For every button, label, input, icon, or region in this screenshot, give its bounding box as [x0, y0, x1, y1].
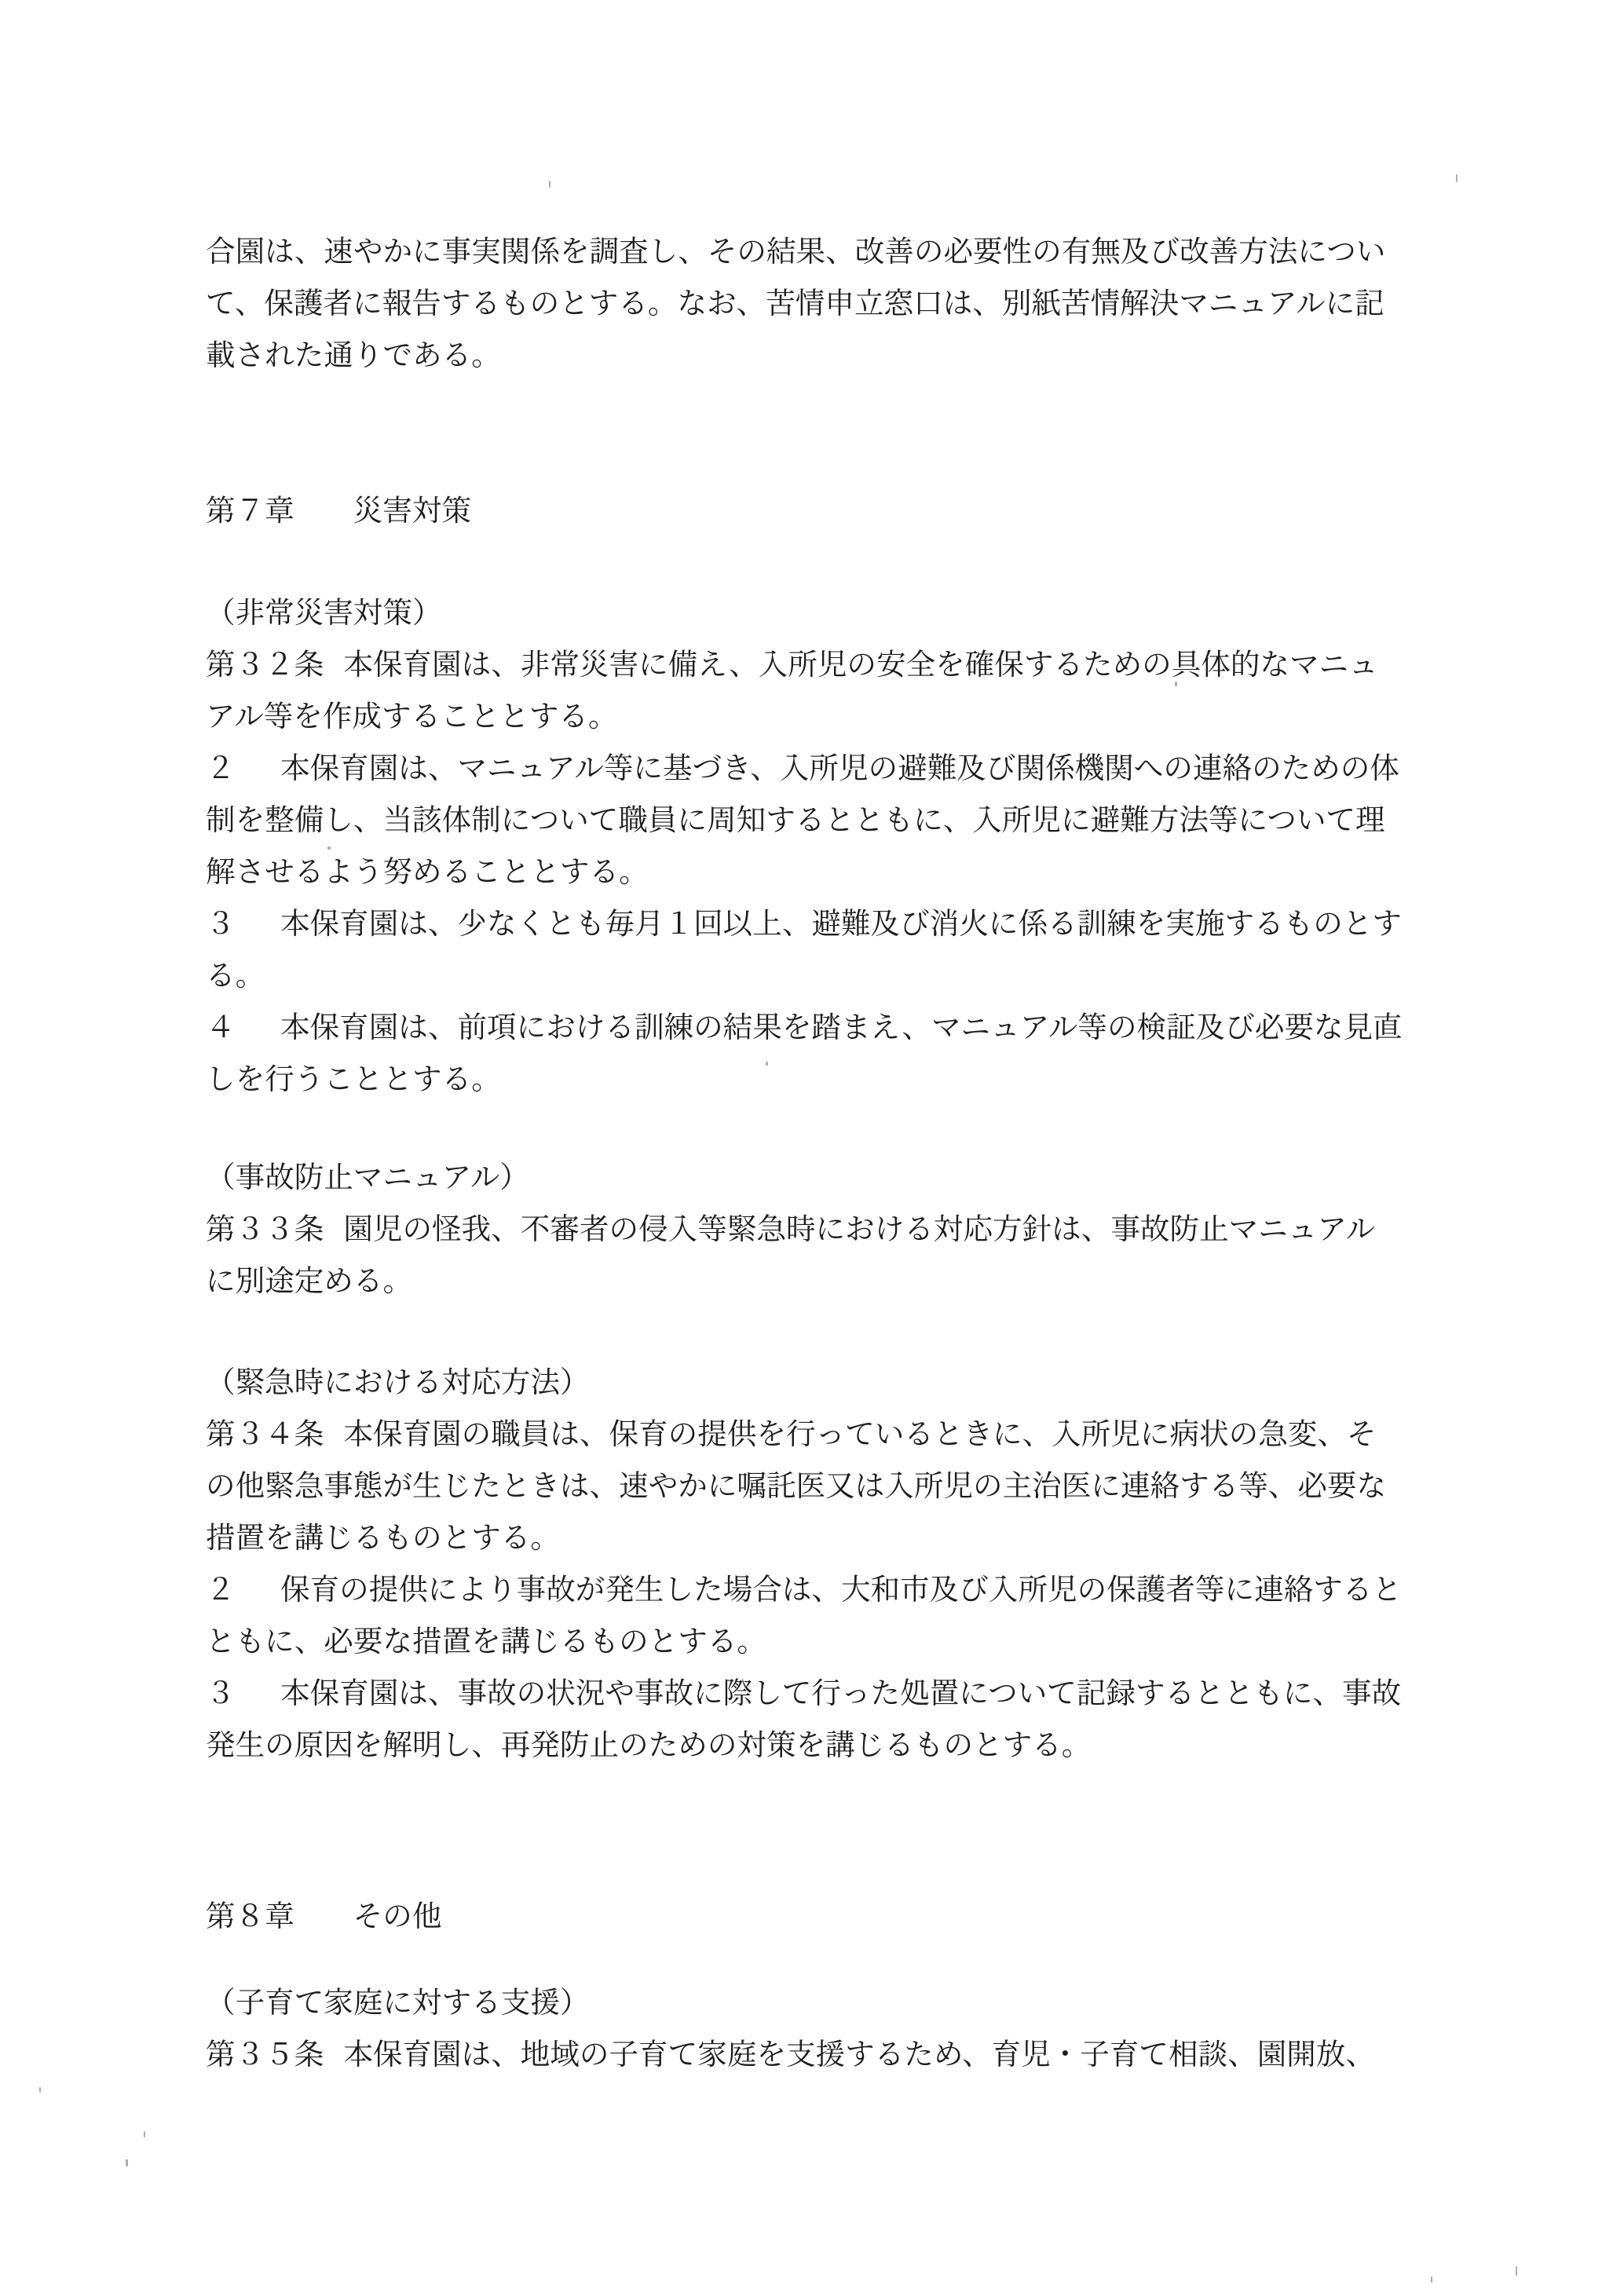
- scan-speck: [39, 2087, 41, 2093]
- label-line: （緊急時における対応方法）: [206, 1358, 1624, 1409]
- text-line: 解させるよう努めることとする。: [206, 847, 1624, 899]
- article-number: 第３２条: [206, 649, 324, 682]
- chapter-number: 第７章: [206, 495, 294, 528]
- item-first-line: ４本保育園は、前項における訓練の結果を踏まえ、マニュアル等の検証及び必要な見直: [206, 1003, 1624, 1055]
- text-line: 制を整備し、当該体制について職員に周知するとともに、入所児に避難方法等について理: [206, 795, 1624, 847]
- label-line: （非常災害対策）: [206, 588, 1624, 640]
- label-line: （事故防止マニュアル）: [206, 1153, 1624, 1205]
- article-32-item-4: ４本保育園は、前項における訓練の結果を踏まえ、マニュアル等の検証及び必要な見直 …: [206, 1003, 1624, 1106]
- article-first-line: 第３５条本保育園は、地域の子育て家庭を支援するため、育児・子育て相談、園開放、: [206, 2030, 1624, 2082]
- chapter-line: 第８章その他: [206, 1892, 1624, 1943]
- scan-speck: [549, 181, 550, 188]
- item-first-line: ２本保育園は、マニュアル等に基づき、入所児の避難及び関係機関への連絡のための体: [206, 744, 1624, 795]
- label-line: （子育て家庭に対する支援）: [206, 1978, 1624, 2030]
- scanned-document-page: 合園は、速やかに事実関係を調査し、その結果、改善の必要性の有無及び改善方法につい…: [0, 0, 1624, 2296]
- item-number: ４: [206, 1003, 280, 1055]
- scan-speck: [126, 2159, 128, 2166]
- text-line: 発生の原因を解明し、再発防止のための対策を講じるものとする。: [206, 1720, 1624, 1772]
- chapter-title: その他: [353, 1901, 442, 1933]
- article-text: 本保育園は、地域の子育て家庭を支援するため、育児・子育て相談、園開放、: [343, 2039, 1375, 2071]
- chapter-title: 災害対策: [353, 495, 471, 528]
- article-first-line: 第３４条本保育園の職員は、保育の提供を行っているときに、入所児に病状の急変、そ: [206, 1409, 1624, 1461]
- item-first-line: ３本保育園は、少なくとも毎月１回以上、避難及び消火に係る訓練を実施するものとす: [206, 899, 1624, 951]
- document-text: 合園は、速やかに事実関係を調査し、その結果、改善の必要性の有無及び改善方法につい…: [0, 0, 1624, 2082]
- item-number: ３: [206, 1669, 280, 1720]
- text-line: 合園は、速やかに事実関係を調査し、その結果、改善の必要性の有無及び改善方法につい: [206, 227, 1624, 279]
- chapter-heading-8: 第８章その他: [206, 1892, 1624, 1943]
- item-first-line: ２保育の提供により事故が発生した場合は、大和市及び入所児の保護者等に連絡すると: [206, 1565, 1624, 1617]
- item-text: 本保育園は、マニュアル等に基づき、入所児の避難及び関係機関への連絡のための体: [280, 753, 1399, 785]
- article-first-line: 第３３条園児の怪我、不審者の侵入等緊急時における対応方針は、事故防止マニュアル: [206, 1205, 1624, 1256]
- scan-speck: [1456, 174, 1458, 182]
- article-32-item-2: ２本保育園は、マニュアル等に基づき、入所児の避難及び関係機関への連絡のための体 …: [206, 744, 1624, 899]
- article-number: 第３３条: [206, 1214, 324, 1246]
- scan-speck: [1175, 682, 1177, 686]
- text-line: 措置を講じるものとする。: [206, 1513, 1624, 1565]
- chapter-heading-7: 第７章災害対策: [206, 486, 1624, 538]
- text-line: しを行うこととする。: [206, 1055, 1624, 1106]
- scan-speck: [144, 2131, 145, 2137]
- article-33: 第３３条園児の怪我、不審者の侵入等緊急時における対応方針は、事故防止マニュアル …: [206, 1205, 1624, 1308]
- article-34-item-3: ３本保育園は、事故の状況や事故に際して行った処置について記録するとともに、事故 …: [206, 1669, 1624, 1772]
- scan-speck: [1516, 2266, 1517, 2276]
- section-label-childcare-support: （子育て家庭に対する支援）: [206, 1978, 1624, 2030]
- scan-speck: [766, 1062, 768, 1066]
- text-line: て、保護者に報告するものとする。なお、苦情申立窓口は、別紙苦情解決マニュアルに記: [206, 279, 1624, 331]
- text-line: ともに、必要な措置を講じるものとする。: [206, 1617, 1624, 1669]
- article-34-item-2: ２保育の提供により事故が発生した場合は、大和市及び入所児の保護者等に連絡すると …: [206, 1565, 1624, 1669]
- item-number: ３: [206, 899, 280, 951]
- article-number: 第３５条: [206, 2039, 324, 2071]
- article-34: 第３４条本保育園の職員は、保育の提供を行っているときに、入所児に病状の急変、そ …: [206, 1409, 1624, 1565]
- scan-speck: [327, 846, 331, 850]
- item-first-line: ３本保育園は、事故の状況や事故に際して行った処置について記録するとともに、事故: [206, 1669, 1624, 1720]
- article-text: 園児の怪我、不審者の侵入等緊急時における対応方針は、事故防止マニュアル: [343, 1214, 1375, 1246]
- item-text: 本保育園は、前項における訓練の結果を踏まえ、マニュアル等の検証及び必要な見直: [280, 1012, 1403, 1044]
- article-text: 本保育園の職員は、保育の提供を行っているときに、入所児に病状の急変、そ: [343, 1419, 1376, 1451]
- item-text: 本保育園は、少なくとも毎月１回以上、避難及び消火に係る訓練を実施するものとす: [280, 909, 1402, 941]
- item-number: ２: [206, 1565, 280, 1617]
- section-label-accident-prevention: （事故防止マニュアル）: [206, 1153, 1624, 1205]
- item-text: 本保育園は、事故の状況や事故に際して行った処置について記録するとともに、事故: [280, 1678, 1401, 1710]
- section-label-disaster: （非常災害対策）: [206, 588, 1624, 640]
- text-line: る。: [206, 951, 1624, 1003]
- article-32: 第３２条本保育園は、非常災害に備え、入所児の安全を確保するための具体的なマニュ …: [206, 640, 1624, 744]
- text-line: アル等を作成することとする。: [206, 692, 1624, 744]
- item-text: 保育の提供により事故が発生した場合は、大和市及び入所児の保護者等に連絡すると: [280, 1574, 1402, 1607]
- paragraph-complaint-continuation: 合園は、速やかに事実関係を調査し、その結果、改善の必要性の有無及び改善方法につい…: [206, 227, 1624, 382]
- chapter-number: 第８章: [206, 1901, 294, 1933]
- article-number: 第３４条: [206, 1419, 324, 1451]
- chapter-line: 第７章災害対策: [206, 486, 1624, 538]
- item-number: ２: [206, 744, 280, 795]
- article-text: 本保育園は、非常災害に備え、入所児の安全を確保するための具体的なマニュ: [343, 649, 1378, 682]
- text-line: 載された通りである。: [206, 331, 1624, 382]
- article-32-item-3: ３本保育園は、少なくとも毎月１回以上、避難及び消火に係る訓練を実施するものとす …: [206, 899, 1624, 1003]
- text-line: に別途定める。: [206, 1256, 1624, 1308]
- scan-speck: [1431, 2276, 1432, 2283]
- section-label-emergency-response: （緊急時における対応方法）: [206, 1358, 1624, 1409]
- text-line: の他緊急事態が生じたときは、速やかに嘱託医又は入所児の主治医に連絡する等、必要な: [206, 1461, 1624, 1513]
- article-35: 第３５条本保育園は、地域の子育て家庭を支援するため、育児・子育て相談、園開放、: [206, 2030, 1624, 2082]
- article-first-line: 第３２条本保育園は、非常災害に備え、入所児の安全を確保するための具体的なマニュ: [206, 640, 1624, 692]
